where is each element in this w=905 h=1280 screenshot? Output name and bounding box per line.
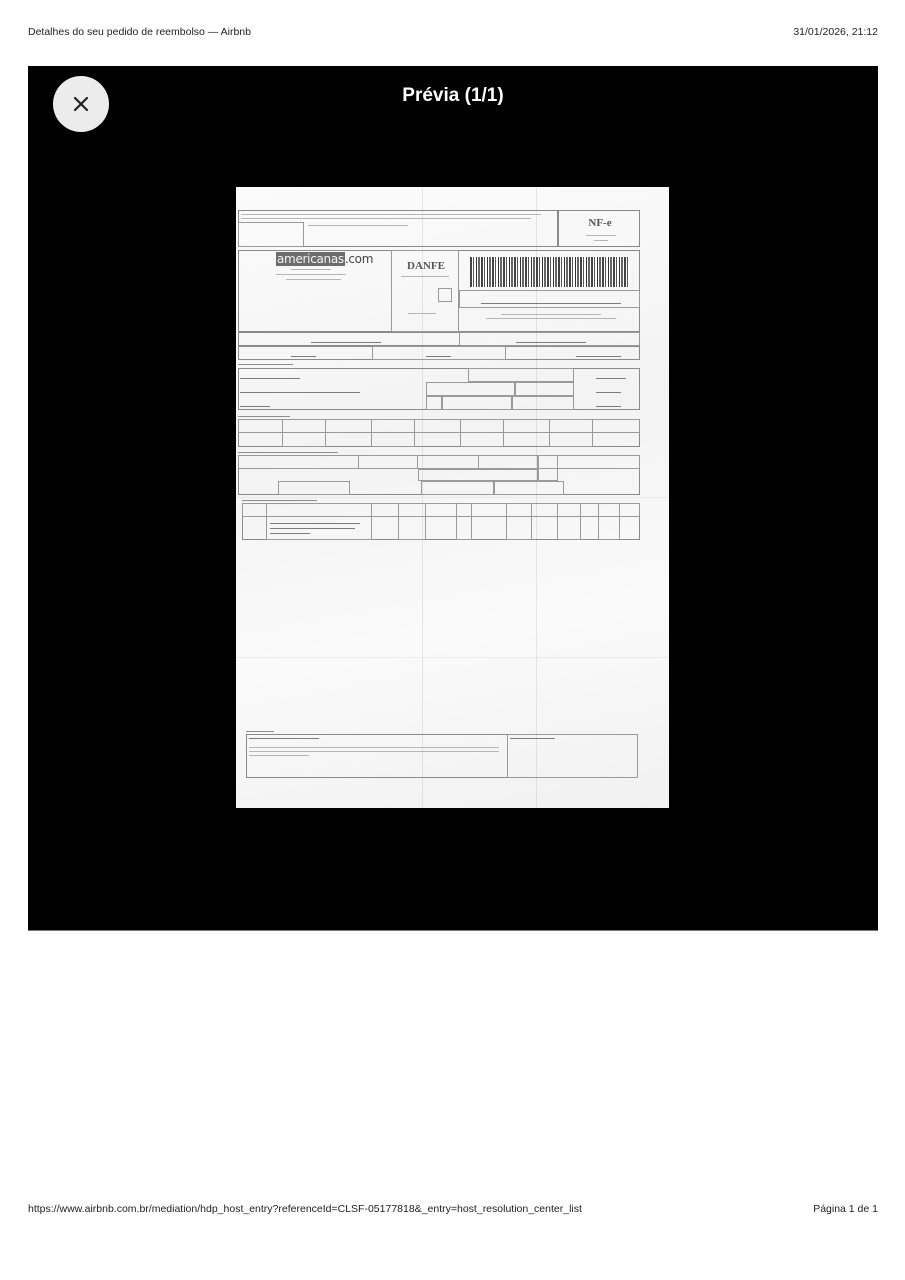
doc-barcode: [470, 257, 630, 287]
preview-modal: Prévia (1/1) NF-e americanas.com DANFE: [28, 66, 878, 931]
doc-danfe-label: DANFE: [394, 260, 458, 272]
doc-nfe-label: NF-e: [555, 217, 645, 229]
print-datetime: 31/01/2026, 21:12: [793, 26, 878, 38]
print-page-title: Detalhes do seu pedido de reembolso — Ai…: [28, 26, 251, 38]
print-header: Detalhes do seu pedido de reembolso — Ai…: [28, 26, 878, 38]
print-url: https://www.airbnb.com.br/mediation/hdp_…: [28, 1203, 582, 1215]
preview-title: Prévia (1/1): [28, 85, 878, 107]
print-footer: https://www.airbnb.com.br/mediation/hdp_…: [28, 1203, 878, 1215]
doc-brand-logo: americanas.com: [276, 252, 373, 266]
print-page-number: Página 1 de 1: [813, 1203, 878, 1215]
scanned-invoice-image: NF-e americanas.com DANFE: [236, 187, 669, 808]
